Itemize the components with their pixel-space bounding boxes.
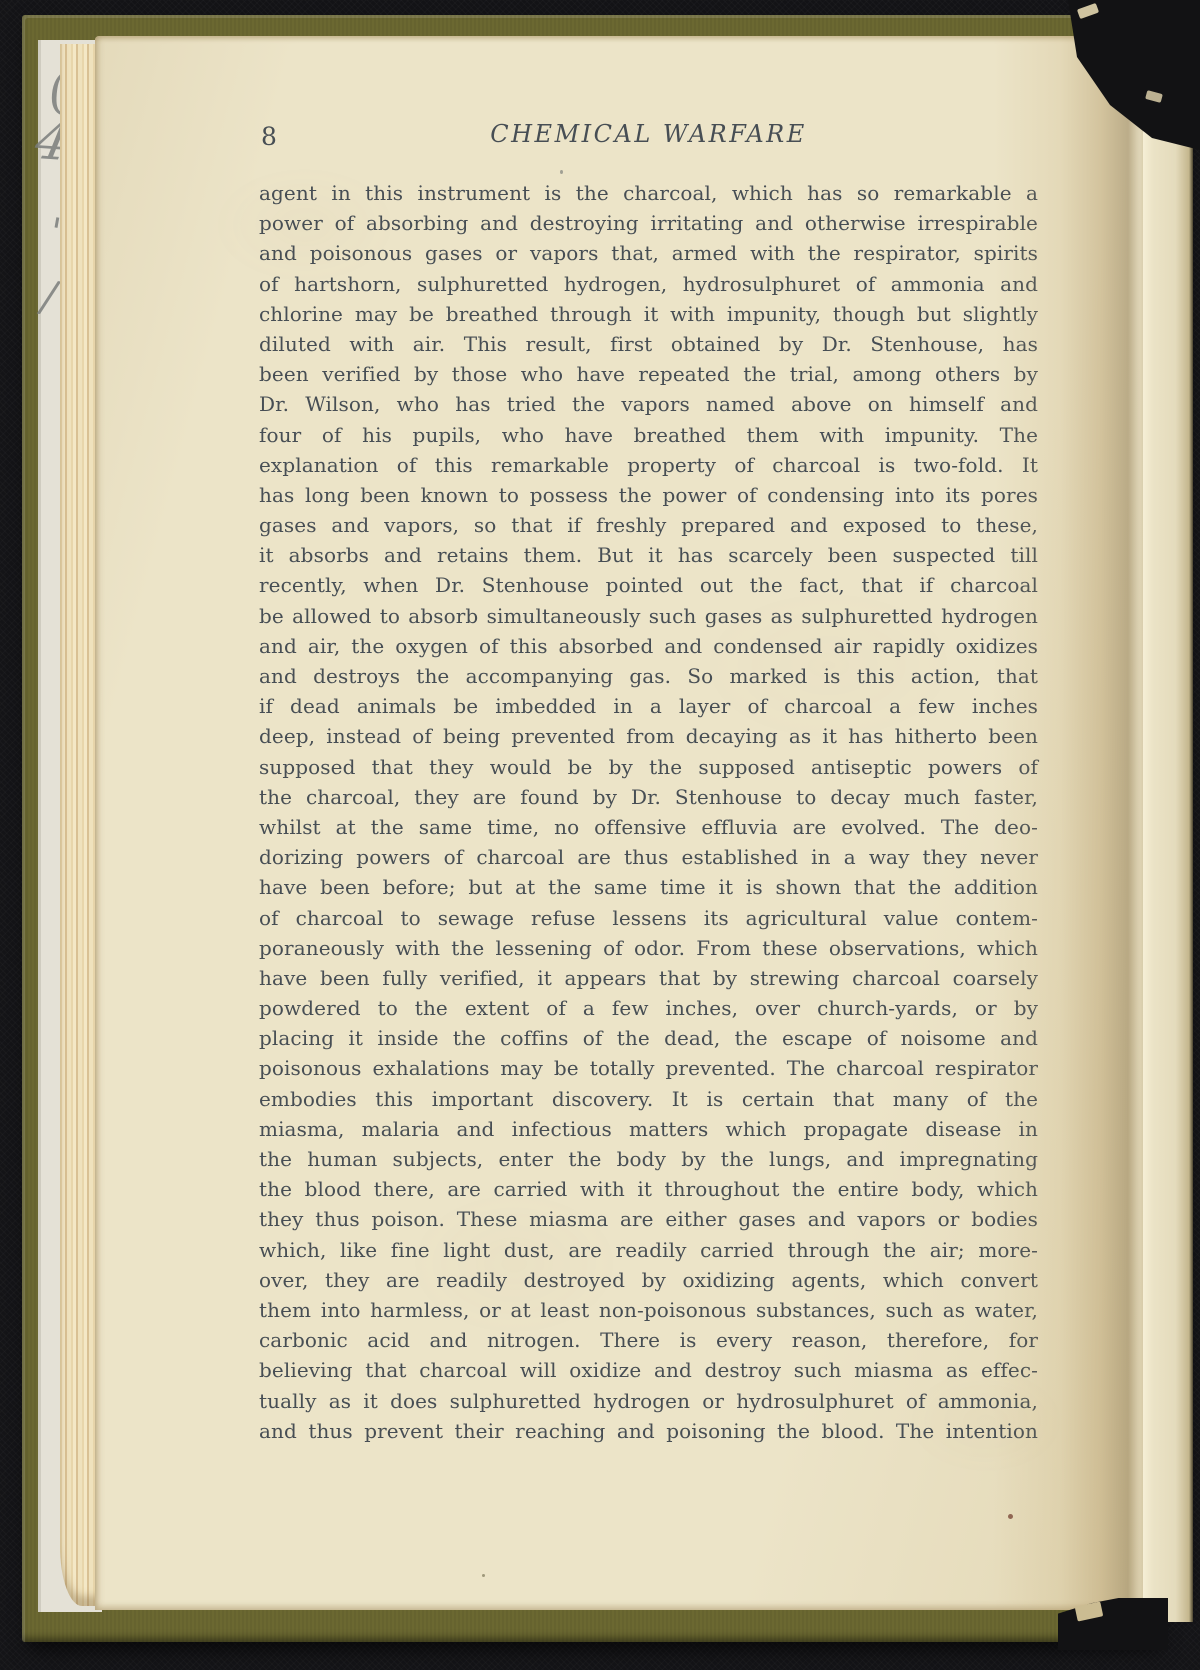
text-line: miasma, malaria and infectious matters w…: [259, 1114, 1038, 1144]
text-line: supposed that they would be by the suppo…: [259, 752, 1038, 782]
text-line: powdered to the extent of a few inches, …: [259, 993, 1038, 1023]
text-line: of charcoal to sewage refuse lessens its…: [259, 903, 1038, 933]
text-line: poraneously with the lessening of odor. …: [259, 933, 1038, 963]
text-line: explanation of this remarkable property …: [259, 450, 1038, 480]
text-line: have been fully verified, it appears tha…: [259, 963, 1038, 993]
text-line: and poisonous gases or vapors that, arme…: [259, 238, 1038, 268]
text-line: which, like fine light dust, are readily…: [259, 1235, 1038, 1265]
text-line: has long been known to possess the power…: [259, 480, 1038, 510]
text-line: four of his pupils, who have breathed th…: [259, 420, 1038, 450]
text-line: believing that charcoal will oxidize and…: [259, 1355, 1038, 1385]
facing-page-edge: [1143, 128, 1193, 1622]
text-line: dorizing powers of charcoal are thus est…: [259, 842, 1038, 872]
text-line: tually as it does sulphuretted hydrogen …: [259, 1386, 1038, 1416]
text-line: recently, when Dr. Stenhouse pointed out…: [259, 570, 1038, 600]
page-header: 8 CHEMICAL WARFARE: [259, 120, 1038, 154]
body-text: agent in this instrument is the charcoal…: [259, 178, 1038, 1446]
text-line: deep, instead of being prevented from de…: [259, 721, 1038, 751]
text-line: the blood there, are carried with it thr…: [259, 1174, 1038, 1204]
text-line: been verified by those who have repeated…: [259, 359, 1038, 389]
text-line: over, they are readily destroyed by oxid…: [259, 1265, 1038, 1295]
page-number: 8: [261, 122, 277, 151]
text-line: embodies this important discovery. It is…: [259, 1084, 1038, 1114]
paper-speck: [482, 1574, 485, 1577]
text-line: diluted with air. This result, first obt…: [259, 329, 1038, 359]
text-line: be allowed to absorb simultaneously such…: [259, 601, 1038, 631]
text-line: placing it inside the coffins of the dea…: [259, 1023, 1038, 1053]
text-line: agent in this instrument is the charcoal…: [259, 178, 1038, 208]
text-line: them into harmless, or at least non-pois…: [259, 1295, 1038, 1325]
text-line: gases and vapors, so that if freshly pre…: [259, 510, 1038, 540]
paper-speck: [560, 170, 563, 174]
text-line: chlorine may be breathed through it with…: [259, 299, 1038, 329]
paper-speck: [1008, 1514, 1013, 1519]
text-line: they thus poison. These miasma are eithe…: [259, 1204, 1038, 1234]
text-line: the human subjects, enter the body by th…: [259, 1144, 1038, 1174]
text-line: of hartshorn, sulphuretted hydrogen, hyd…: [259, 269, 1038, 299]
text-line: poisonous exhalations may be totally pre…: [259, 1053, 1038, 1083]
text-line: and destroys the accompanying gas. So ma…: [259, 661, 1038, 691]
text-line: carbonic acid and nitrogen. There is eve…: [259, 1325, 1038, 1355]
text-line: if dead animals be imbedded in a layer o…: [259, 691, 1038, 721]
text-line: and air, the oxygen of this absorbed and…: [259, 631, 1038, 661]
text-line: whilst at the same time, no offensive ef…: [259, 812, 1038, 842]
text-line: Dr. Wilson, who has tried the vapors nam…: [259, 389, 1038, 419]
book-page: 8 CHEMICAL WARFARE agent in this instrum…: [95, 36, 1143, 1610]
text-line: and thus prevent their reaching and pois…: [259, 1416, 1038, 1446]
book-photo: ( 4 ' / 8 CHEMICAL WARFARE agent in this…: [0, 0, 1200, 1670]
running-title: CHEMICAL WARFARE: [259, 120, 1038, 148]
text-line: have been before; but at the same time i…: [259, 872, 1038, 902]
text-line: power of absorbing and destroying irrita…: [259, 208, 1038, 238]
text-line: it absorbs and retains them. But it has …: [259, 540, 1038, 570]
text-line: the charcoal, they are found by Dr. Sten…: [259, 782, 1038, 812]
